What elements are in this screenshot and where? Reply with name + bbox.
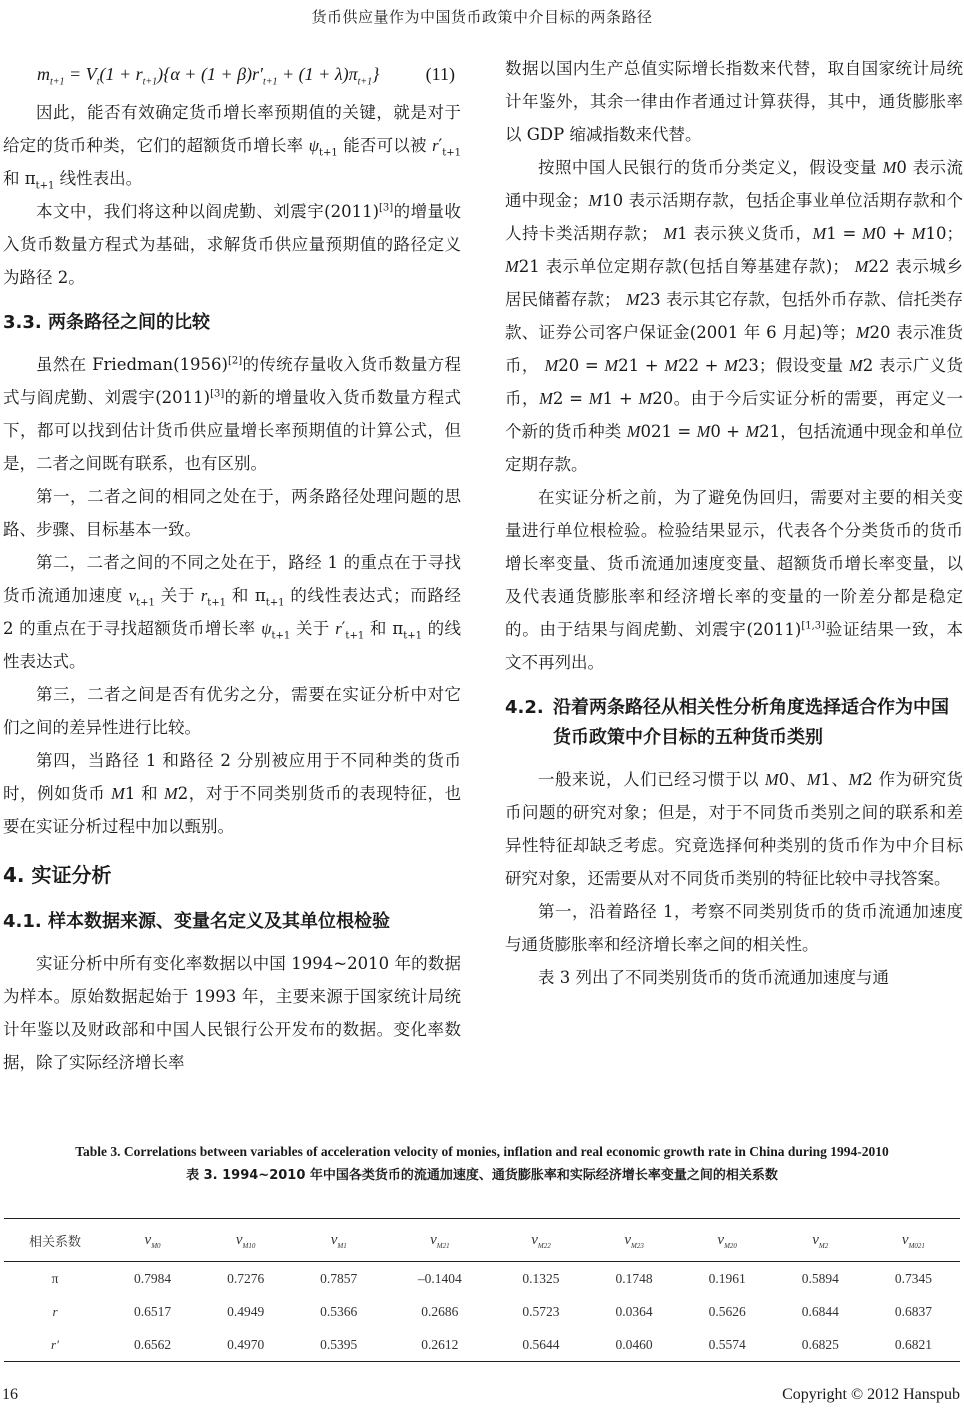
equation-number: (11) [426, 58, 461, 91]
table-cell: 0.5395 [292, 1328, 385, 1362]
paragraph: 实证分析中所有变化率数据以中国 1994~2010 年的数据为样本。原始数据起始… [3, 947, 461, 1079]
right-column: 数据以国内生产总值实际增长指数来代替，取自国家统计局统计年鉴外，其余一律由作者通… [505, 52, 963, 994]
paragraph: 数据以国内生产总值实际增长指数来代替，取自国家统计局统计年鉴外，其余一律由作者通… [505, 52, 963, 151]
section-heading-3-3: 3.3. 两条路径之间的比较 [3, 308, 461, 338]
paragraph: 虽然在 Friedman(1956)[2]的传统存量收入货币数量方程式与阎虎勤、… [3, 348, 461, 480]
column-header: vM2 [774, 1219, 867, 1262]
paragraph: 第三，二者之间是否有优劣之分，需要在实证分析中对它们之间的差异性进行比较。 [3, 678, 461, 744]
table-cell: 0.2612 [385, 1328, 494, 1362]
table-cell: –0.1404 [385, 1262, 494, 1296]
column-header: vM10 [199, 1219, 292, 1262]
running-title: 货币供应量作为中国货币政策中介目标的两条路径 [0, 6, 964, 27]
section-title: 沿着两条路径从相关性分析角度选择适合作为中国货币政策中介目标的五种货币类别 [553, 693, 963, 753]
column-header: vM21 [385, 1219, 494, 1262]
column-header: vM22 [494, 1219, 587, 1262]
column-header: vM021 [867, 1219, 960, 1262]
table-row: r′ 0.6562 0.4970 0.5395 0.2612 0.5644 0.… [4, 1328, 960, 1362]
paragraph: 第一，沿着路径 1，考察不同类别货币的货币流通加速度与通货膨胀率和经济增长率之间… [505, 895, 963, 961]
column-header: vM1 [292, 1219, 385, 1262]
table-corner-label: 相关系数 [4, 1219, 106, 1262]
paragraph: 第四，当路径 1 和路径 2 分别被应用于不同种类的货币时，例如货币 M1 和 … [3, 744, 461, 843]
copyright-notice: Copyright © 2012 Hanspub [782, 1386, 960, 1404]
paragraph: 一般来说，人们已经习惯于以 M0、M1、M2 作为研究货币问题的研究对象；但是，… [505, 763, 963, 895]
paragraph: 第一，二者之间的相同之处在于，两条路径处理问题的思路、步骤、目标基本一致。 [3, 480, 461, 546]
section-heading-4: 4. 实证分析 [3, 857, 461, 893]
table-cell: 0.6517 [106, 1295, 199, 1328]
correlation-table: 相关系数 vM0 vM10 vM1 vM21 vM22 vM23 vM20 vM… [4, 1218, 960, 1362]
table-cell: 0.5626 [681, 1295, 774, 1328]
page-number: 16 [2, 1386, 18, 1404]
table-cell: 0.1325 [494, 1262, 587, 1296]
table-caption-zh: 表 3. 1994~2010 年中国各类货币的流通加速度、通货膨胀率和实际经济增… [0, 1164, 964, 1183]
table-cell: 0.7345 [867, 1262, 960, 1296]
table-cell: 0.6821 [867, 1328, 960, 1362]
table-cell: 0.7984 [106, 1262, 199, 1296]
paragraph: 按照中国人民银行的货币分类定义，假设变量 M0 表示流通中现金；M10 表示活期… [505, 151, 963, 481]
table-cell: 0.6837 [867, 1295, 960, 1328]
paragraph: 表 3 列出了不同类别货币的货币流通加速度与通 [505, 961, 963, 994]
table-cell: 0.6825 [774, 1328, 867, 1362]
table-row: π 0.7984 0.7276 0.7857 –0.1404 0.1325 0.… [4, 1262, 960, 1296]
table-cell: 0.4970 [199, 1328, 292, 1362]
table-cell: 0.1748 [588, 1262, 681, 1296]
table-cell: 0.4949 [199, 1295, 292, 1328]
row-label: r [4, 1295, 106, 1328]
table-caption-en: Table 3. Correlations between variables … [0, 1143, 964, 1160]
table-cell: 0.5723 [494, 1295, 587, 1328]
table-cell: 0.6562 [106, 1328, 199, 1362]
equation-11: mt+1 = Vt(1 + rt+1){α + (1 + β)r′t+1 + (… [3, 52, 461, 96]
paragraph: 在实证分析之前，为了避免伪回归，需要对主要的相关变量进行单位根检验。检验结果显示… [505, 481, 963, 679]
paragraph: 第二，二者之间的不同之处在于，路经 1 的重点在于寻找货币流通加速度 vt+1 … [3, 546, 461, 678]
column-header: vM0 [106, 1219, 199, 1262]
paragraph: 因此，能否有效确定货币增长率预期值的关键，就是对于给定的货币种类，它们的超额货币… [3, 96, 461, 195]
row-label: π [4, 1262, 106, 1296]
table-cell: 0.5894 [774, 1262, 867, 1296]
section-heading-4-1: 4.1. 样本数据来源、变量名定义及其单位根检验 [3, 907, 461, 937]
table-row: r 0.6517 0.4949 0.5366 0.2686 0.5723 0.0… [4, 1295, 960, 1328]
equation-body: mt+1 = Vt(1 + rt+1){α + (1 + β)r′t+1 + (… [37, 58, 379, 91]
table-cell: 0.5574 [681, 1328, 774, 1362]
section-number: 4.2. [505, 693, 553, 753]
table-cell: 0.1961 [681, 1262, 774, 1296]
table-cell: 0.6844 [774, 1295, 867, 1328]
paragraph: 本文中，我们将这种以阎虎勤、刘震宇(2011)[3]的增量收入货币数量方程式为基… [3, 195, 461, 294]
table-cell: 0.7276 [199, 1262, 292, 1296]
table-cell: 0.5366 [292, 1295, 385, 1328]
table-cell: 0.0364 [588, 1295, 681, 1328]
table-header-row: 相关系数 vM0 vM10 vM1 vM21 vM22 vM23 vM20 vM… [4, 1219, 960, 1262]
table-cell: 0.0460 [588, 1328, 681, 1362]
table-cell: 0.2686 [385, 1295, 494, 1328]
left-column: mt+1 = Vt(1 + rt+1){α + (1 + β)r′t+1 + (… [3, 52, 461, 1079]
table-cell: 0.7857 [292, 1262, 385, 1296]
table-3: Table 3. Correlations between variables … [0, 1143, 964, 1183]
column-header: vM20 [681, 1219, 774, 1262]
table-cell: 0.5644 [494, 1328, 587, 1362]
row-label: r′ [4, 1328, 106, 1362]
section-heading-4-2: 4.2. 沿着两条路径从相关性分析角度选择适合作为中国货币政策中介目标的五种货币… [505, 693, 963, 753]
column-header: vM23 [588, 1219, 681, 1262]
